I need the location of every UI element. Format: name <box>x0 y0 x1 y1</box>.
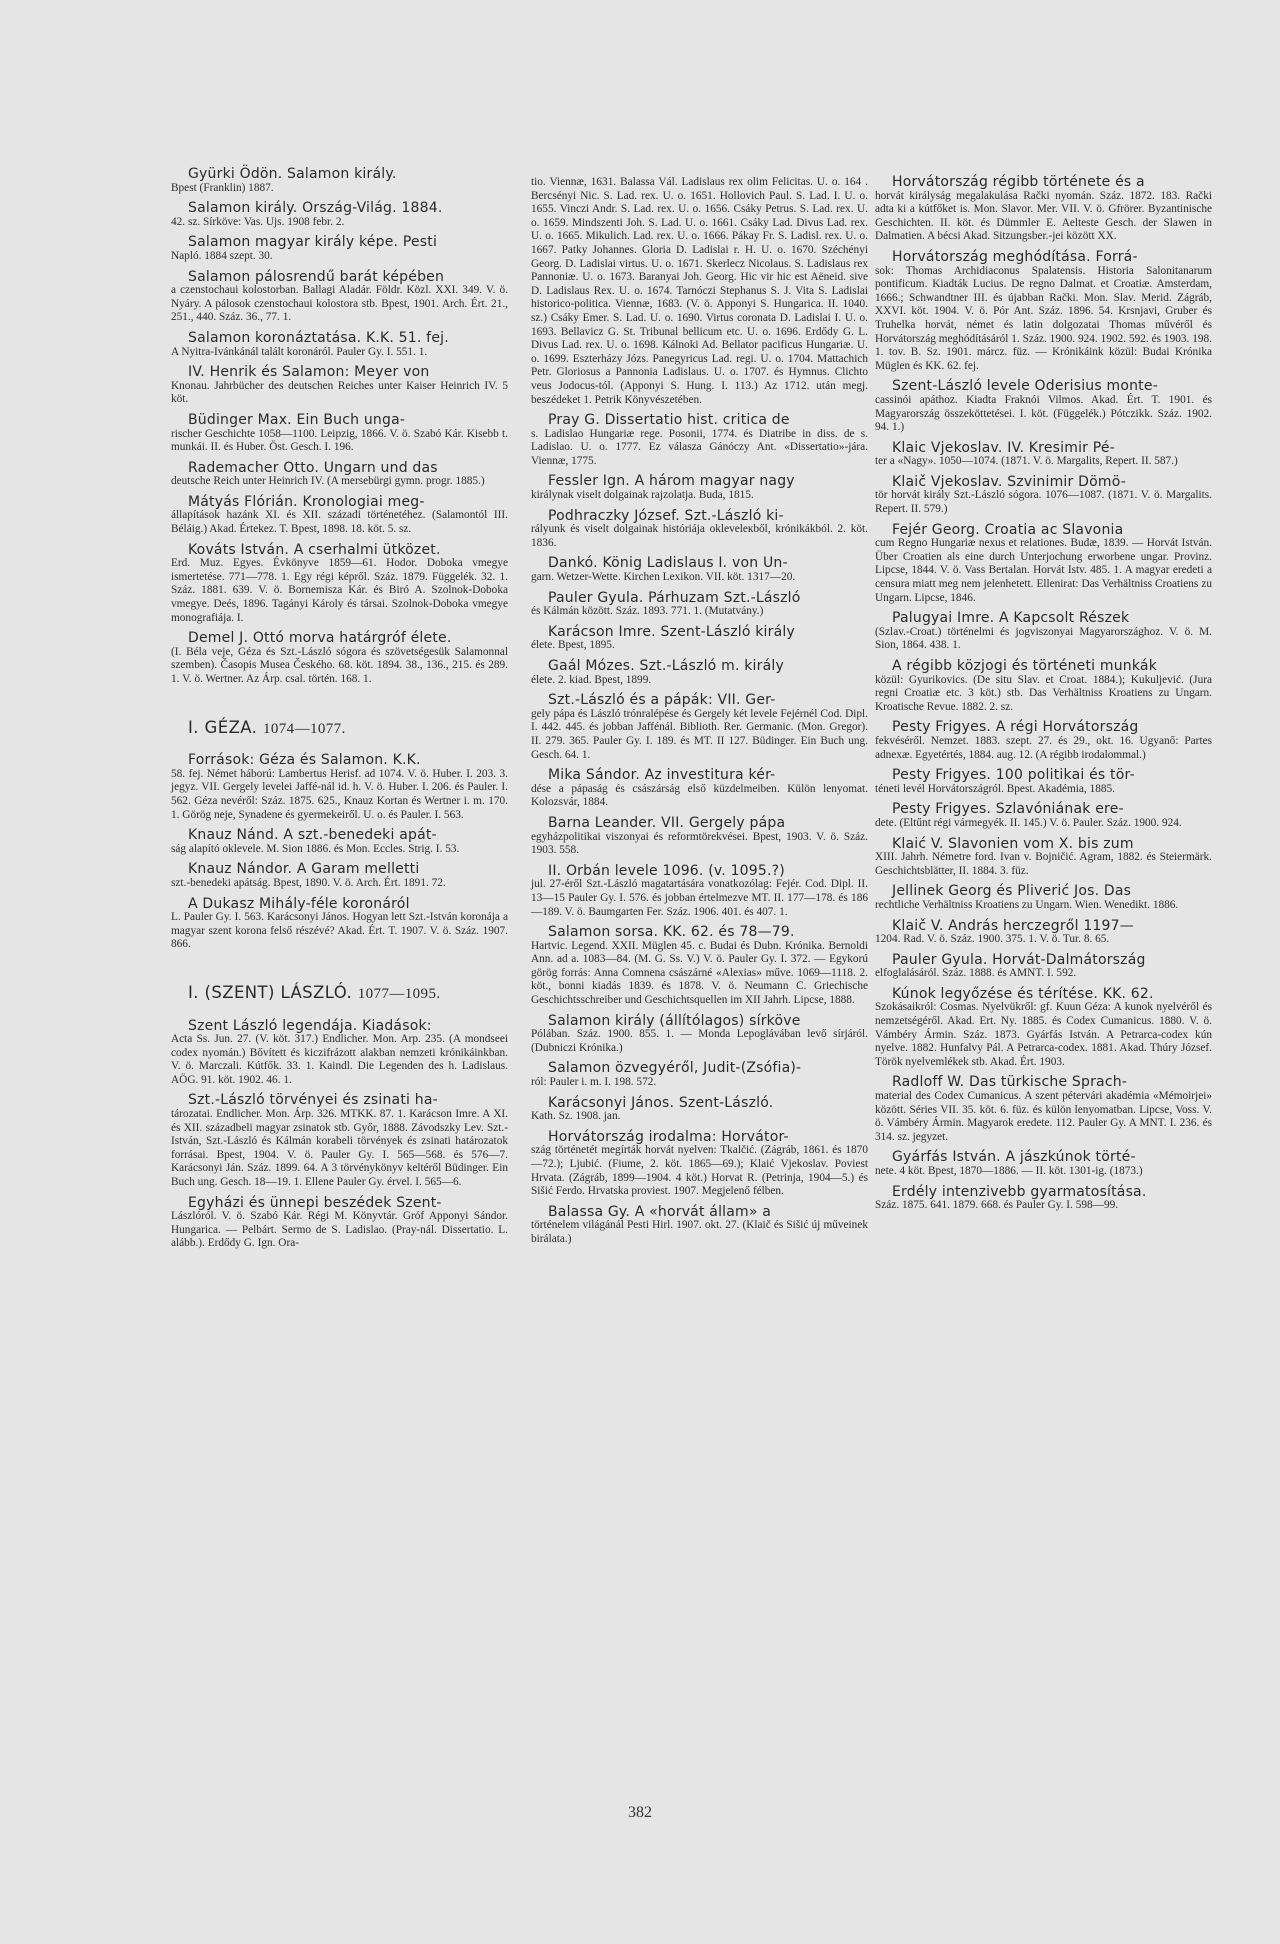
bibliography-entry: Dankó. König Ladislaus I. von Un-garn. W… <box>531 557 868 584</box>
entry-heading: Dankó. König Ladislaus I. von Un- <box>531 557 868 571</box>
entry-heading: Egyházi és ünnepi beszédek Szent- <box>171 1197 508 1211</box>
entry-heading: Klaić V. Slavonien vom X. bis zum <box>875 838 1212 852</box>
bibliography-entry: Pesty Frigyes. Szlavóniának ere-dete. (E… <box>875 803 1212 830</box>
entry-heading: Gaál Mózes. Szt.-László m. király <box>531 660 868 674</box>
entry-heading: Büdinger Max. Ein Buch unga- <box>171 414 508 428</box>
entry-heading: Mátyás Flórián. Kronologiai meg- <box>171 496 508 510</box>
entry-body: dete. (Eltűnt régi vármegyék. II. 145.) … <box>875 817 1182 829</box>
entry-body: Bpest (Franklin) 1887. <box>171 182 274 194</box>
entry-body: ter a «Nagy». 1050—1074. (1871. V. ö. Ma… <box>875 455 1178 467</box>
entry-body: (Szlav.-Croat.) történelmi és jogviszony… <box>875 626 1212 652</box>
bibliography-entry: Palugyai Imre. A Kapcsolt Részek(Szlav.-… <box>875 612 1212 653</box>
bibliography-entry: Mátyás Flórián. Kronologiai meg-állapítá… <box>171 496 508 537</box>
entry-heading: Szent László legendája. Kiadások: <box>171 1020 508 1034</box>
bibliography-entry: Karácson Imre. Szent-László királyélete.… <box>531 626 868 653</box>
entry-heading: Salamon király. Ország-Világ. 1884. <box>171 202 508 216</box>
entry-heading: A Dukasz Mihály-féle koronáról <box>171 898 508 912</box>
bibliography-entry: Podhraczky József. Szt.-László ki-rályun… <box>531 510 868 551</box>
entry-heading: Pesty Frigyes. 100 politikai és tör- <box>875 769 1212 783</box>
entry-body: cum Regno Hungariæ nexus et relationes. … <box>875 537 1212 603</box>
entry-heading: Balassa Gy. A «horvát állam» a <box>531 1206 868 1220</box>
bibliography-entry: Pauler Gyula. Horvát-Dalmátországelfogla… <box>875 954 1212 981</box>
bibliography-entry: Salamon király. Ország-Világ. 1884.42. s… <box>171 202 508 229</box>
entry-body: téneti levél Horvátországról. Bpest. Aka… <box>875 783 1115 795</box>
entry-body: tio. Viennæ, 1631. Balassa Vál. Ladislau… <box>531 176 868 406</box>
bibliography-entry: Salamon özvegyéről, Judit-(Zsófia)-ról: … <box>531 1062 868 1089</box>
entry-heading: Barna Leander. VII. Gergely pápa <box>531 817 868 831</box>
entry-heading: A régibb közjogi és történeti munkák <box>875 660 1212 674</box>
entry-body: élete. 2. kiad. Bpest, 1899. <box>531 674 651 686</box>
entry-body: horvát királyság megalakulása Rački nyom… <box>875 190 1212 243</box>
entry-body: Knonau. Jahrbücher des deutschen Reiches… <box>171 380 508 406</box>
entry-body: történelem világánál Pesti Hirl. 1907. o… <box>531 1219 868 1245</box>
bibliography-entry: Klaić V. Slavonien vom X. bis zumXIII. J… <box>875 838 1212 879</box>
entry-heading: Salamon király (állítólagos) sírköve <box>531 1015 868 1029</box>
bibliography-entry: II. Orbán levele 1096. (v. 1095.?)jul. 2… <box>531 865 868 919</box>
entry-body: material des Codex Cumanicus. A szent pé… <box>875 1090 1212 1143</box>
entry-body: királynak viselt dolgainak rajzolatja. B… <box>531 489 754 501</box>
bibliography-entry: Rademacher Otto. Ungarn und dasdeutsche … <box>171 462 508 489</box>
entry-heading: Fessler Ign. A három magyar nagy <box>531 475 868 489</box>
bibliography-entry: Fejér Georg. Croatia ac Slavoniacum Regn… <box>875 524 1212 606</box>
entry-body: a czenstochaui kolostorban. Ballagi Alad… <box>171 284 508 323</box>
section-years: 1074—1077. <box>263 721 346 737</box>
entry-body: rályunk és viselt dolgainak históriája o… <box>531 523 868 549</box>
entry-heading: Palugyai Imre. A Kapcsolt Részek <box>875 612 1212 626</box>
entry-body: cassinói apáthoz. Kiadta Fraknói Vilmos.… <box>875 394 1212 433</box>
entry-heading: Fejér Georg. Croatia ac Slavonia <box>875 524 1212 538</box>
entry-body: Kath. Sz. 1908. jan. <box>531 1110 620 1122</box>
entry-heading: Salamon koronáztatása. K.K. 51. fej. <box>171 332 508 346</box>
entry-heading: Pray G. Dissertatio hist. critica de <box>531 414 868 428</box>
section-heading: I. (SZENT) LÁSZLÓ. 1077—1095. <box>171 986 508 1002</box>
entry-body: Hartvic. Legend. XXII. Müglen 45. c. Bud… <box>531 940 868 1006</box>
entry-heading: Kováts István. A cserhalmi ütközet. <box>171 544 508 558</box>
entry-heading: Salamon magyar király képe. Pesti <box>171 236 508 250</box>
entry-heading: Pauler Gyula. Horvát-Dalmátország <box>875 954 1212 968</box>
bibliography-entry: Fessler Ign. A három magyar nagykirályna… <box>531 475 868 502</box>
bibliography-entry: Demel J. Ottó morva határgróf élete.(I. … <box>171 632 508 686</box>
section-heading: I. GÉZA. 1074—1077. <box>171 721 508 737</box>
entry-body: tör horvát király Szt.-László sógora. 10… <box>875 489 1212 515</box>
bibliography-entry: Szent-László levele Oderisius monte-cass… <box>875 380 1212 434</box>
entry-body: és Kálmán között. Száz. 1893. 771. 1. (M… <box>531 605 763 617</box>
entry-body: rechtliche Verhältniss Kroatiens zu Unga… <box>875 899 1178 911</box>
bibliography-entry: Horvátország meghódítása. Forrá-sok: Tho… <box>875 251 1212 373</box>
bibliography-entry: Knauz Nándor. A Garam mellettiszt.-bened… <box>171 863 508 890</box>
bibliography-entry: A Dukasz Mihály-féle koronárólL. Pauler … <box>171 898 508 952</box>
entry-heading: Kúnok legyőzése és térítése. KK. 62. <box>875 988 1212 1002</box>
entry-heading: Gyürki Ödön. Salamon király. <box>171 168 508 182</box>
bibliography-entry: Radloff W. Das türkische Sprach-material… <box>875 1076 1212 1144</box>
bibliography-entry: Gaál Mózes. Szt.-László m. királyélete. … <box>531 660 868 687</box>
entry-heading: Salamon özvegyéről, Judit-(Zsófia)- <box>531 1062 868 1076</box>
entry-heading: Salamon sorsa. KK. 62. és 78—79. <box>531 926 868 940</box>
bibliography-entry: Barna Leander. VII. Gergely pápaegyházpo… <box>531 817 868 858</box>
bibliography-entry: Kúnok legyőzése és térítése. KK. 62.Szok… <box>875 988 1212 1070</box>
entry-body: s. Ladislao Hungariæ rege. Posonii, 1774… <box>531 428 868 467</box>
entry-heading: Pesty Frigyes. A régi Horvátország <box>875 721 1212 735</box>
entry-heading: Erdély intenzivebb gyarmatosítása. <box>875 1186 1212 1200</box>
entry-continuation: tio. Viennæ, 1631. Balassa Vál. Ladislau… <box>531 176 868 407</box>
entry-heading: Karácson Imre. Szent-László király <box>531 626 868 640</box>
bibliography-entry: Kováts István. A cserhalmi ütközet.Erd. … <box>171 544 508 626</box>
entry-heading: Szent-László levele Oderisius monte- <box>875 380 1212 394</box>
entry-body: Acta Ss. Jun. 27. (V. köt. 317.) Endlich… <box>171 1033 508 1086</box>
section-title: I. GÉZA. <box>188 718 263 737</box>
bibliography-entry: Horvátország régibb története és ahorvát… <box>875 176 1212 244</box>
entry-body: 42. sz. Sírköve: Vas. Ujs. 1908 febr. 2. <box>171 216 344 228</box>
entry-heading: Szt.-László és a pápák: VII. Ger- <box>531 694 868 708</box>
bibliography-entry: A régibb közjogi és történeti munkákközü… <box>875 660 1212 714</box>
entry-heading: Horvátország meghódítása. Forrá- <box>875 251 1212 265</box>
bibliography-entry: Egyházi és ünnepi beszédek Szent-Lászlór… <box>171 1197 508 1251</box>
entry-body: sok: Thomas Archidiaconus Spalatensis. H… <box>875 265 1212 372</box>
bibliography-entry: Gyürki Ödön. Salamon király.Bpest (Frank… <box>171 168 508 195</box>
entry-body: Napló. 1884 szept. 30. <box>171 250 273 262</box>
entry-heading: Klaič V. András herczegről 1197— <box>875 920 1212 934</box>
bibliography-entry: Mika Sándor. Az investitura kér-dése a p… <box>531 769 868 810</box>
bibliography-entry: Pesty Frigyes. 100 politikai és tör-téne… <box>875 769 1212 796</box>
entry-body: rischer Geschichte 1058—1100. Leipzig, 1… <box>171 428 508 454</box>
bibliography-entry: Szt.-László és a pápák: VII. Ger-gely pá… <box>531 694 868 762</box>
entry-body: (I. Béla veje, Géza és Szt.-László sógor… <box>171 646 508 685</box>
entry-heading: Horvátország irodalma: Horvátor- <box>531 1131 868 1145</box>
section-title: I. (SZENT) LÁSZLÓ. <box>188 983 358 1002</box>
bibliography-entry: Erdély intenzivebb gyarmatosítása.Száz. … <box>875 1186 1212 1213</box>
column-left: Gyürki Ödön. Salamon király.Bpest (Frank… <box>171 168 508 1258</box>
entry-heading: II. Orbán levele 1096. (v. 1095.?) <box>531 865 868 879</box>
entry-body: elfoglalásáról. Száz. 1888. és AMNT. I. … <box>875 967 1076 979</box>
entry-heading: Demel J. Ottó morva határgróf élete. <box>171 632 508 646</box>
bibliography-entry: Salamon magyar király képe. PestiNapló. … <box>171 236 508 263</box>
entry-body: szág történetét megírták horvát nyelven:… <box>531 1144 868 1197</box>
bibliography-entry: Salamon király (állítólagos) sírkövePólá… <box>531 1015 868 1056</box>
entry-body: L. Pauler Gy. I. 563. Karácsonyi János. … <box>171 911 508 950</box>
entry-body: garn. Wetzer-Wette. Kirchen Lexikon. VII… <box>531 571 795 583</box>
bibliography-entry: Pray G. Dissertatio hist. critica des. L… <box>531 414 868 468</box>
entry-body: 1204. Rad. V. ö. Száz. 1900. 375. 1. V. … <box>875 933 1109 945</box>
bibliography-entry: Gyárfás István. A jászkúnok törté-nete. … <box>875 1151 1212 1178</box>
entry-body: szt.-benedeki apátság. Bpest, 1890. V. ö… <box>171 877 446 889</box>
entry-heading: Pesty Frigyes. Szlavóniának ere- <box>875 803 1212 817</box>
entry-body: 58. fej. Német háború: Lambertus Herisf.… <box>171 768 508 821</box>
bibliography-entry: Szt.-László törvényei és zsinati ha-táro… <box>171 1094 508 1189</box>
bibliography-entry: Klaič V. András herczegről 1197—1204. Ra… <box>875 920 1212 947</box>
entry-body: ság alapító oklevele. M. Sion 1886. és M… <box>171 843 459 855</box>
page-number: 382 <box>0 1804 1280 1822</box>
bibliography-entry: Források: Géza és Salamon. K.K.58. fej. … <box>171 754 508 822</box>
entry-heading: Pauler Gyula. Párhuzam Szt.-László <box>531 592 868 606</box>
bibliography-entry: Knauz Nánd. A szt.-benedeki apát-ság ala… <box>171 829 508 856</box>
entry-heading: Mika Sándor. Az investitura kér- <box>531 769 868 783</box>
entry-heading: Salamon pálosrendű barát képében <box>171 271 508 285</box>
entry-heading: Gyárfás István. A jászkúnok törté- <box>875 1151 1212 1165</box>
book-page: Gyürki Ödön. Salamon király.Bpest (Frank… <box>0 0 1280 1944</box>
entry-heading: Források: Géza és Salamon. K.K. <box>171 754 508 768</box>
section-years: 1077—1095. <box>358 986 441 1002</box>
entry-body: dése a pápaság és császárság első küzdel… <box>531 783 868 809</box>
column-right: Horvátország régibb története és ahorvát… <box>875 176 1212 1220</box>
entry-heading: Knauz Nándor. A Garam melletti <box>171 863 508 877</box>
entry-body: ról: Pauler i. m. I. 198. 572. <box>531 1076 656 1088</box>
bibliography-entry: Klaič Vjekoslav. Szvinimir Dömö-tör horv… <box>875 476 1212 517</box>
entry-body: állapítások hazánk XI. és XII. századi t… <box>171 509 508 535</box>
entry-body: élete. Bpest, 1895. <box>531 639 615 651</box>
entry-heading: Klaic Vjekoslav. IV. Kresimir Pé- <box>875 442 1212 456</box>
column-middle: tio. Viennæ, 1631. Balassa Vál. Ladislau… <box>531 176 868 1254</box>
entry-body: fekvéséről. Nemzet. 1883. szept. 27. és … <box>875 735 1212 761</box>
bibliography-entry: Büdinger Max. Ein Buch unga-rischer Gesc… <box>171 414 508 455</box>
entry-body: Pólában. Száz. 1900. 855. 1. — Monda Lep… <box>531 1028 868 1054</box>
bibliography-entry: IV. Henrik és Salamon: Meyer vonKnonau. … <box>171 366 508 407</box>
bibliography-entry: Pesty Frigyes. A régi Horvátországfekvés… <box>875 721 1212 762</box>
entry-body: XIII. Jahrh. Németre ford. Ivan v. Bojni… <box>875 851 1212 877</box>
bibliography-entry: Balassa Gy. A «horvát állam» atörténelem… <box>531 1206 868 1247</box>
entry-body: deutsche Reich unter Heinrich IV. (A mer… <box>171 475 485 487</box>
entry-heading: Jellinek Georg és Pliverić Jos. Das <box>875 885 1212 899</box>
entry-heading: Knauz Nánd. A szt.-benedeki apát- <box>171 829 508 843</box>
bibliography-entry: Horvátország irodalma: Horvátor-szág tör… <box>531 1131 868 1199</box>
bibliography-entry: Salamon pálosrendű barát képébena czenst… <box>171 271 508 325</box>
bibliography-entry: Karácsonyi János. Szent-László.Kath. Sz.… <box>531 1097 868 1124</box>
entry-body: jul. 27-éről Szt.-László magatartására v… <box>531 878 868 917</box>
bibliography-entry: Jellinek Georg és Pliverić Jos. Dasrecht… <box>875 885 1212 912</box>
entry-heading: Podhraczky József. Szt.-László ki- <box>531 510 868 524</box>
bibliography-entry: Salamon sorsa. KK. 62. és 78—79.Hartvic.… <box>531 926 868 1008</box>
bibliography-entry: Pauler Gyula. Párhuzam Szt.-Lászlóés Kál… <box>531 592 868 619</box>
entry-body: Szokásaikról: Cosmas. Nyelvükről: gf. Ku… <box>875 1001 1212 1067</box>
bibliography-entry: Szent László legendája. Kiadások:Acta Ss… <box>171 1020 508 1088</box>
entry-body: tározatai. Endlicher. Mon. Árp. 326. MTK… <box>171 1108 508 1188</box>
entry-body: nete. 4 köt. Bpest, 1870—1886. — II. köt… <box>875 1165 1143 1177</box>
bibliography-entry: Klaic Vjekoslav. IV. Kresimir Pé-ter a «… <box>875 442 1212 469</box>
entry-heading: Radloff W. Das türkische Sprach- <box>875 1076 1212 1090</box>
entry-body: egyházpolitikai viszonyai és reformtörek… <box>531 831 868 857</box>
entry-heading: Horvátország régibb története és a <box>875 176 1212 190</box>
bibliography-entry: Salamon koronáztatása. K.K. 51. fej.A Ny… <box>171 332 508 359</box>
entry-heading: Rademacher Otto. Ungarn und das <box>171 462 508 476</box>
entry-heading: IV. Henrik és Salamon: Meyer von <box>171 366 508 380</box>
entry-body: közül: Gyurikovics. (De situ Slav. et Cr… <box>875 674 1212 713</box>
entry-body: A Nyitra-Ivánkánál talált koronáról. Pau… <box>171 346 427 358</box>
entry-heading: Szt.-László törvényei és zsinati ha- <box>171 1094 508 1108</box>
entry-body: Lászlóról. V. ö. Szabó Kár. Régi M. Köny… <box>171 1210 508 1249</box>
entry-body: Száz. 1875. 641. 1879. 668. és Pauler Gy… <box>875 1199 1118 1211</box>
entry-heading: Klaič Vjekoslav. Szvinimir Dömö- <box>875 476 1212 490</box>
entry-body: gely pápa és László trónralépése és Gerg… <box>531 708 868 761</box>
entry-heading: Karácsonyi János. Szent-László. <box>531 1097 868 1111</box>
entry-body: Erd. Muz. Egyes. Évkönyve 1859—61. Hodor… <box>171 557 508 623</box>
